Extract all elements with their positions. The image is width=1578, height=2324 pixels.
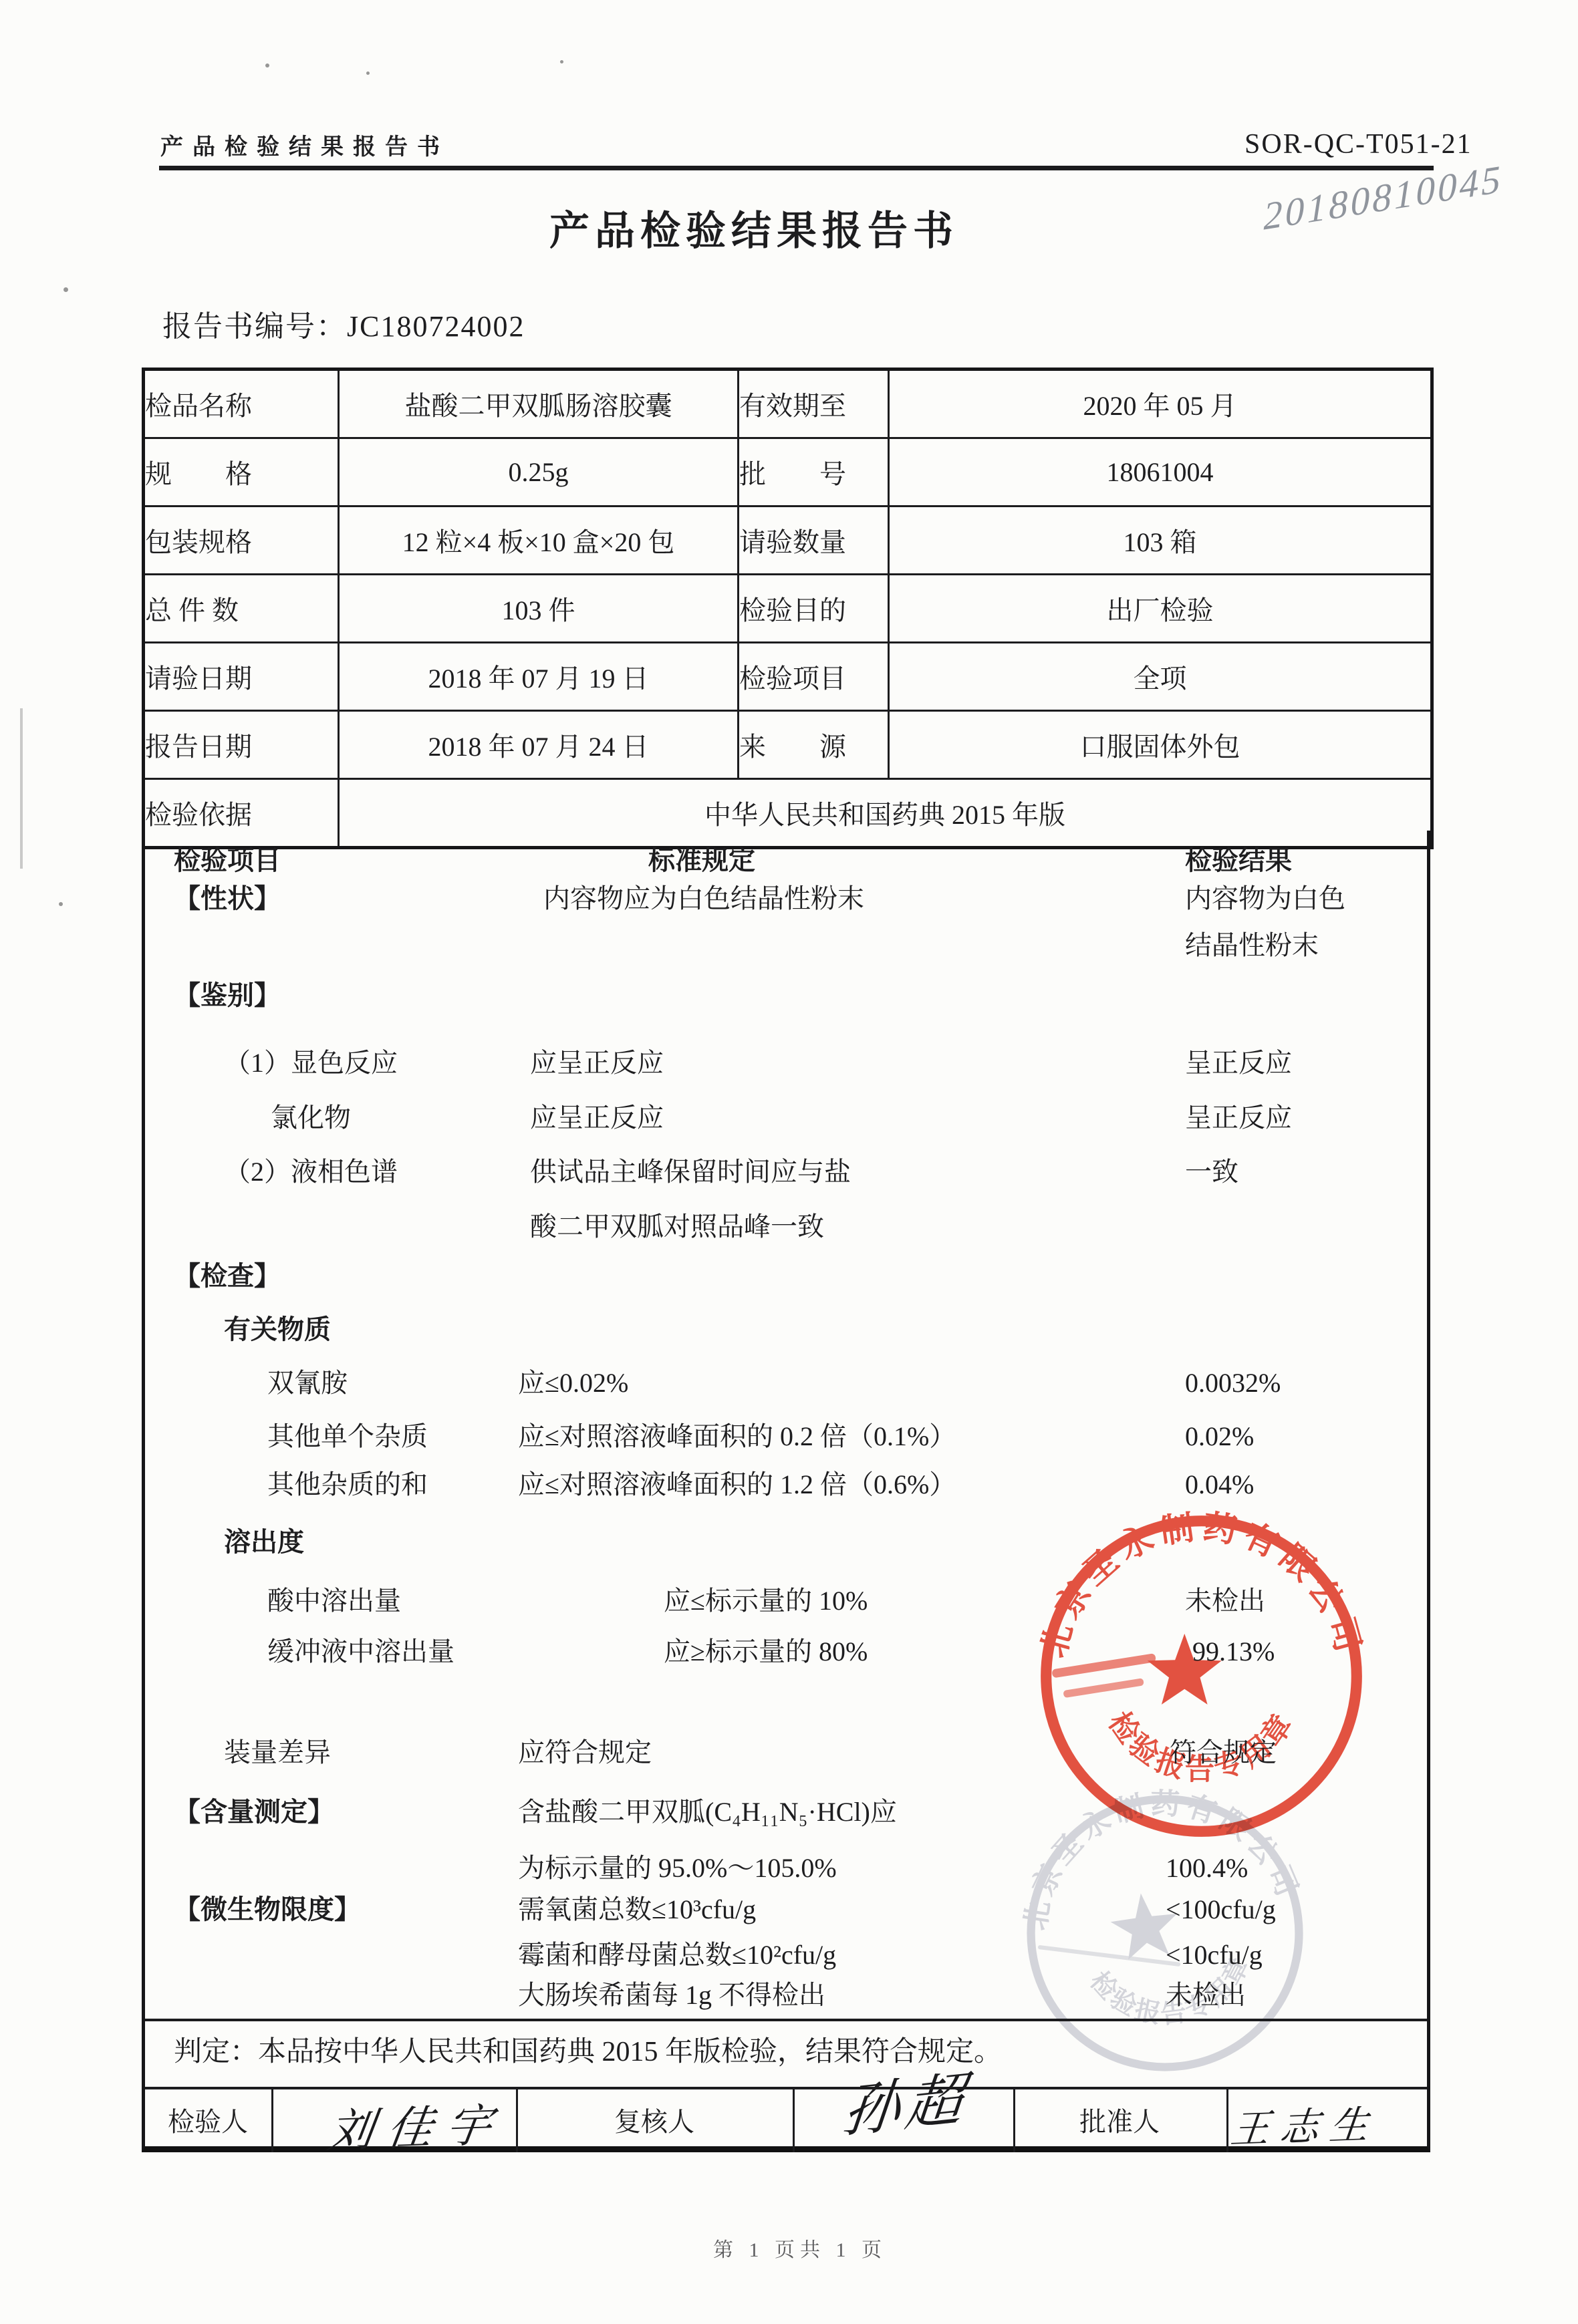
signature-cell-divider [793,2087,795,2152]
result-item: 装量差异 [224,1734,331,1771]
report-number-line: 报告书编号：JC180724002 [162,302,525,345]
scan-speck [63,287,68,292]
result-item: 其他单个杂质 [267,1418,428,1455]
result-item: （2）液相色谱 [224,1153,398,1191]
info-value: 全项 [889,643,1432,711]
info-label: 总 件 数 [144,575,339,643]
info-value: 2018 年 07 月 19 日 [339,643,739,711]
header-rule [159,166,1434,170]
result-standard: 应呈正反应 [530,1099,664,1137]
info-value: 2020 年 05 月 [889,370,1432,438]
approver-signature: 王志生 [1228,2093,1383,2154]
info-value: 12 粒×4 板×10 盒×20 包 [339,506,739,575]
sample-info-table: 检品名称 盐酸二甲双胍肠溶胶囊 有效期至 2020 年 05 月 规 格 0.2… [142,368,1434,849]
info-value: 出厂检验 [889,575,1432,643]
result-value: 100.4% [1166,1850,1248,1887]
table-row: 包装规格 12 粒×4 板×10 盒×20 包 请验数量 103 箱 [144,506,1432,575]
report-page: 产品检验结果报告书 SOR-QC-T051-21 20180810045 产品检… [0,0,1578,2324]
result-item: 【检查】 [174,1258,281,1295]
approver-label: 批准人 [1079,2101,1160,2139]
table-row: 检品名称 盐酸二甲双胍肠溶胶囊 有效期至 2020 年 05 月 [144,370,1432,438]
result-item: 有关物质 [224,1311,331,1348]
result-item: 氯化物 [271,1099,351,1137]
info-label: 请验数量 [739,506,889,575]
running-header-title: 产品检验结果报告书 [160,128,449,161]
result-standard: 应≤对照溶液峰面积的 1.2 倍（0.6%） [518,1466,956,1503]
results-section: 检验项目 标准规定 检验结果 【性状】 内容物应为白色结晶性粉末 内容物为白色 … [142,831,1430,2152]
info-label: 请验日期 [144,643,339,711]
result-item: 双氰胺 [267,1364,348,1402]
page-number: 第 1 页共 1 页 [713,2233,887,2263]
result-value: 内容物为白色 [1185,880,1345,917]
info-value: 盐酸二甲双胍肠溶胶囊 [339,370,739,438]
signature-cell-divider [1013,2087,1015,2152]
result-item: 【含量测定】 [174,1793,334,1831]
scan-speck [265,63,269,67]
result-standard: 内容物应为白色结晶性粉末 [543,880,864,917]
result-value: 0.0032% [1185,1364,1281,1402]
result-item: 酸中溶出量 [267,1582,401,1620]
result-value: 一致 [1185,1153,1238,1191]
table-row: 总 件 数 103 件 检验目的 出厂检验 [144,575,1432,643]
result-standard: 霉菌和酵母菌总数≤10²cfu/g [518,1936,836,1974]
result-standard: 酸二甲双胍对照品峰一致 [530,1208,824,1246]
info-value: 18061004 [889,438,1432,506]
inspector-label: 检验人 [168,2101,248,2139]
info-value: 2018 年 07 月 24 日 [339,711,739,779]
info-value: 0.25g [339,438,739,506]
info-label: 批 号 [739,438,889,506]
scan-speck [59,902,63,906]
scan-line-artifact [20,708,23,869]
result-value: 未检出 [1166,1977,1246,2014]
info-label: 报告日期 [144,711,339,779]
col-header-result: 检验结果 [1185,842,1292,879]
info-label: 检验项目 [739,643,889,711]
result-standard: 应≥标示量的 80% [664,1633,868,1671]
verdict-divider [145,2019,1427,2021]
info-label: 有效期至 [739,370,889,438]
result-value: 符合规定 [1170,1734,1277,1771]
result-value: 呈正反应 [1185,1099,1292,1137]
signature-divider [145,2087,1427,2089]
info-label: 包装规格 [144,506,339,575]
info-value: 103 件 [339,575,739,643]
reviewer-signature: 孙超 [839,2051,973,2149]
result-item: 溶出度 [224,1523,304,1561]
table-row: 规 格 0.25g 批 号 18061004 [144,438,1432,506]
info-value: 103 箱 [889,506,1432,575]
reviewer-label: 复核人 [614,2101,694,2139]
info-label: 检验目的 [739,575,889,643]
result-standard: 为标示量的 95.0%～105.0% [518,1850,837,1887]
info-label: 规 格 [144,438,339,506]
result-standard: 应≤标示量的 10% [664,1582,868,1620]
col-header-standard: 标准规定 [648,842,755,879]
info-value: 口服固体外包 [889,711,1432,779]
result-value: 呈正反应 [1185,1044,1292,1082]
signature-cell-divider [271,2087,273,2152]
result-value: 结晶性粉末 [1185,927,1319,964]
result-standard: 应符合规定 [518,1734,652,1771]
signature-cell-divider [516,2087,518,2152]
result-item: 【性状】 [174,880,281,917]
result-item: 缓冲液中溶出量 [267,1633,454,1671]
result-standard: 供试品主峰保留时间应与盐 [530,1153,851,1191]
result-value: 99.13% [1192,1633,1275,1671]
result-value: 0.02% [1185,1418,1254,1455]
result-item: 【微生物限度】 [174,1891,361,1928]
result-item: 【鉴别】 [174,977,281,1014]
scan-speck [366,71,370,75]
result-value: <100cfu/g [1166,1891,1276,1928]
inspector-signature: 刘佳宇 [324,2089,510,2160]
result-standard: 应≤对照溶液峰面积的 0.2 倍（0.1%） [518,1418,956,1455]
table-row: 报告日期 2018 年 07 月 24 日 来 源 口服固体外包 [144,711,1432,779]
result-value: 0.04% [1185,1466,1254,1503]
result-value: 未检出 [1185,1582,1265,1620]
scan-speck [560,60,563,63]
result-standard: 应≤0.02% [518,1364,628,1402]
info-label: 检品名称 [144,370,339,438]
info-label: 来 源 [739,711,889,779]
result-standard: 应呈正反应 [530,1044,664,1082]
result-item: 其他杂质的和 [267,1466,428,1503]
result-item: （1）显色反应 [224,1044,398,1082]
result-value: <10cfu/g [1166,1936,1263,1974]
col-header-item: 检验项目 [174,842,281,879]
table-row: 请验日期 2018 年 07 月 19 日 检验项目 全项 [144,643,1432,711]
signature-cell-divider [1226,2087,1228,2152]
result-standard: 大肠埃希菌每 1g 不得检出 [518,1977,825,2014]
page-title: 产品检验结果报告书 [549,199,958,257]
document-code: SOR-QC-T051-21 [1244,128,1472,160]
result-standard: 含盐酸二甲双胍(C₄H₁₁N₅·HCl)应 [518,1793,897,1831]
result-standard: 需氧菌总数≤10³cfu/g [518,1891,756,1928]
